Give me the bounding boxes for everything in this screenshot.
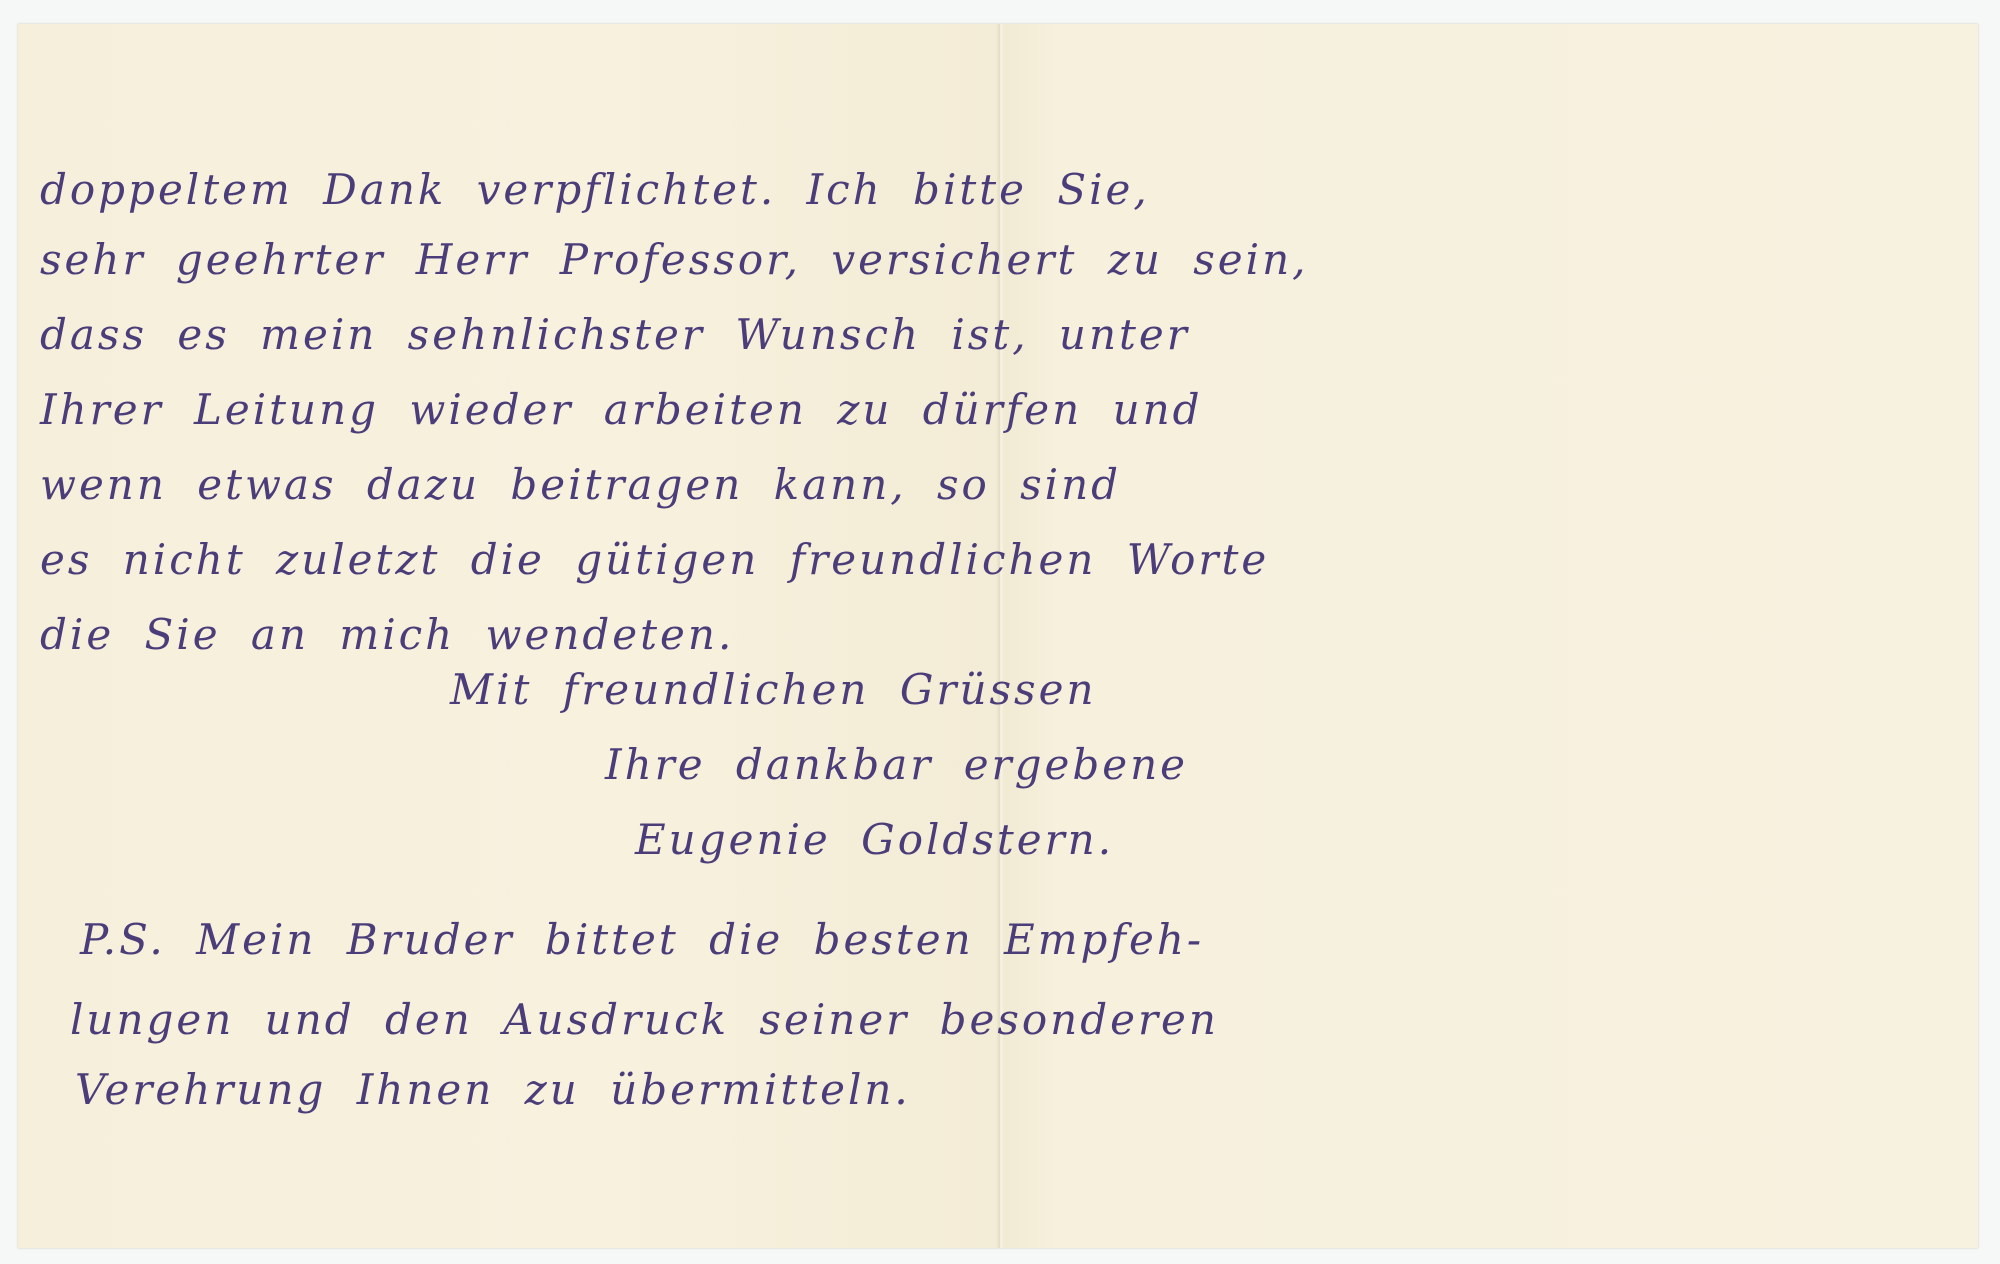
body-line-1: doppeltem Dank verpflichtet. Ich bitte S… [40, 165, 1150, 214]
closing-valediction: Ihre dankbar ergebene [605, 740, 1188, 789]
postscript-line-2: lungen und den Ausdruck seiner besondere… [70, 995, 1219, 1044]
closing-greeting: Mit freundlichen Grüssen [450, 665, 1097, 714]
body-line-6: es nicht zuletzt die gütigen freundliche… [40, 535, 1269, 584]
body-line-3: dass es mein sehnlichster Wunsch ist, un… [40, 310, 1190, 359]
signature: Eugenie Goldstern. [635, 815, 1114, 864]
postscript-line-1: P.S. Mein Bruder bittet die besten Empfe… [80, 915, 1204, 964]
body-line-4: Ihrer Leitung wieder arbeiten zu dürfen … [40, 385, 1203, 434]
body-line-5: wenn etwas dazu beitragen kann, so sind [40, 460, 1121, 509]
body-line-7: die Sie an mich wendeten. [40, 610, 734, 659]
body-line-2: sehr geehrter Herr Professor, versichert… [40, 235, 1309, 284]
postscript-line-3: Verehrung Ihnen zu übermitteln. [75, 1065, 911, 1114]
